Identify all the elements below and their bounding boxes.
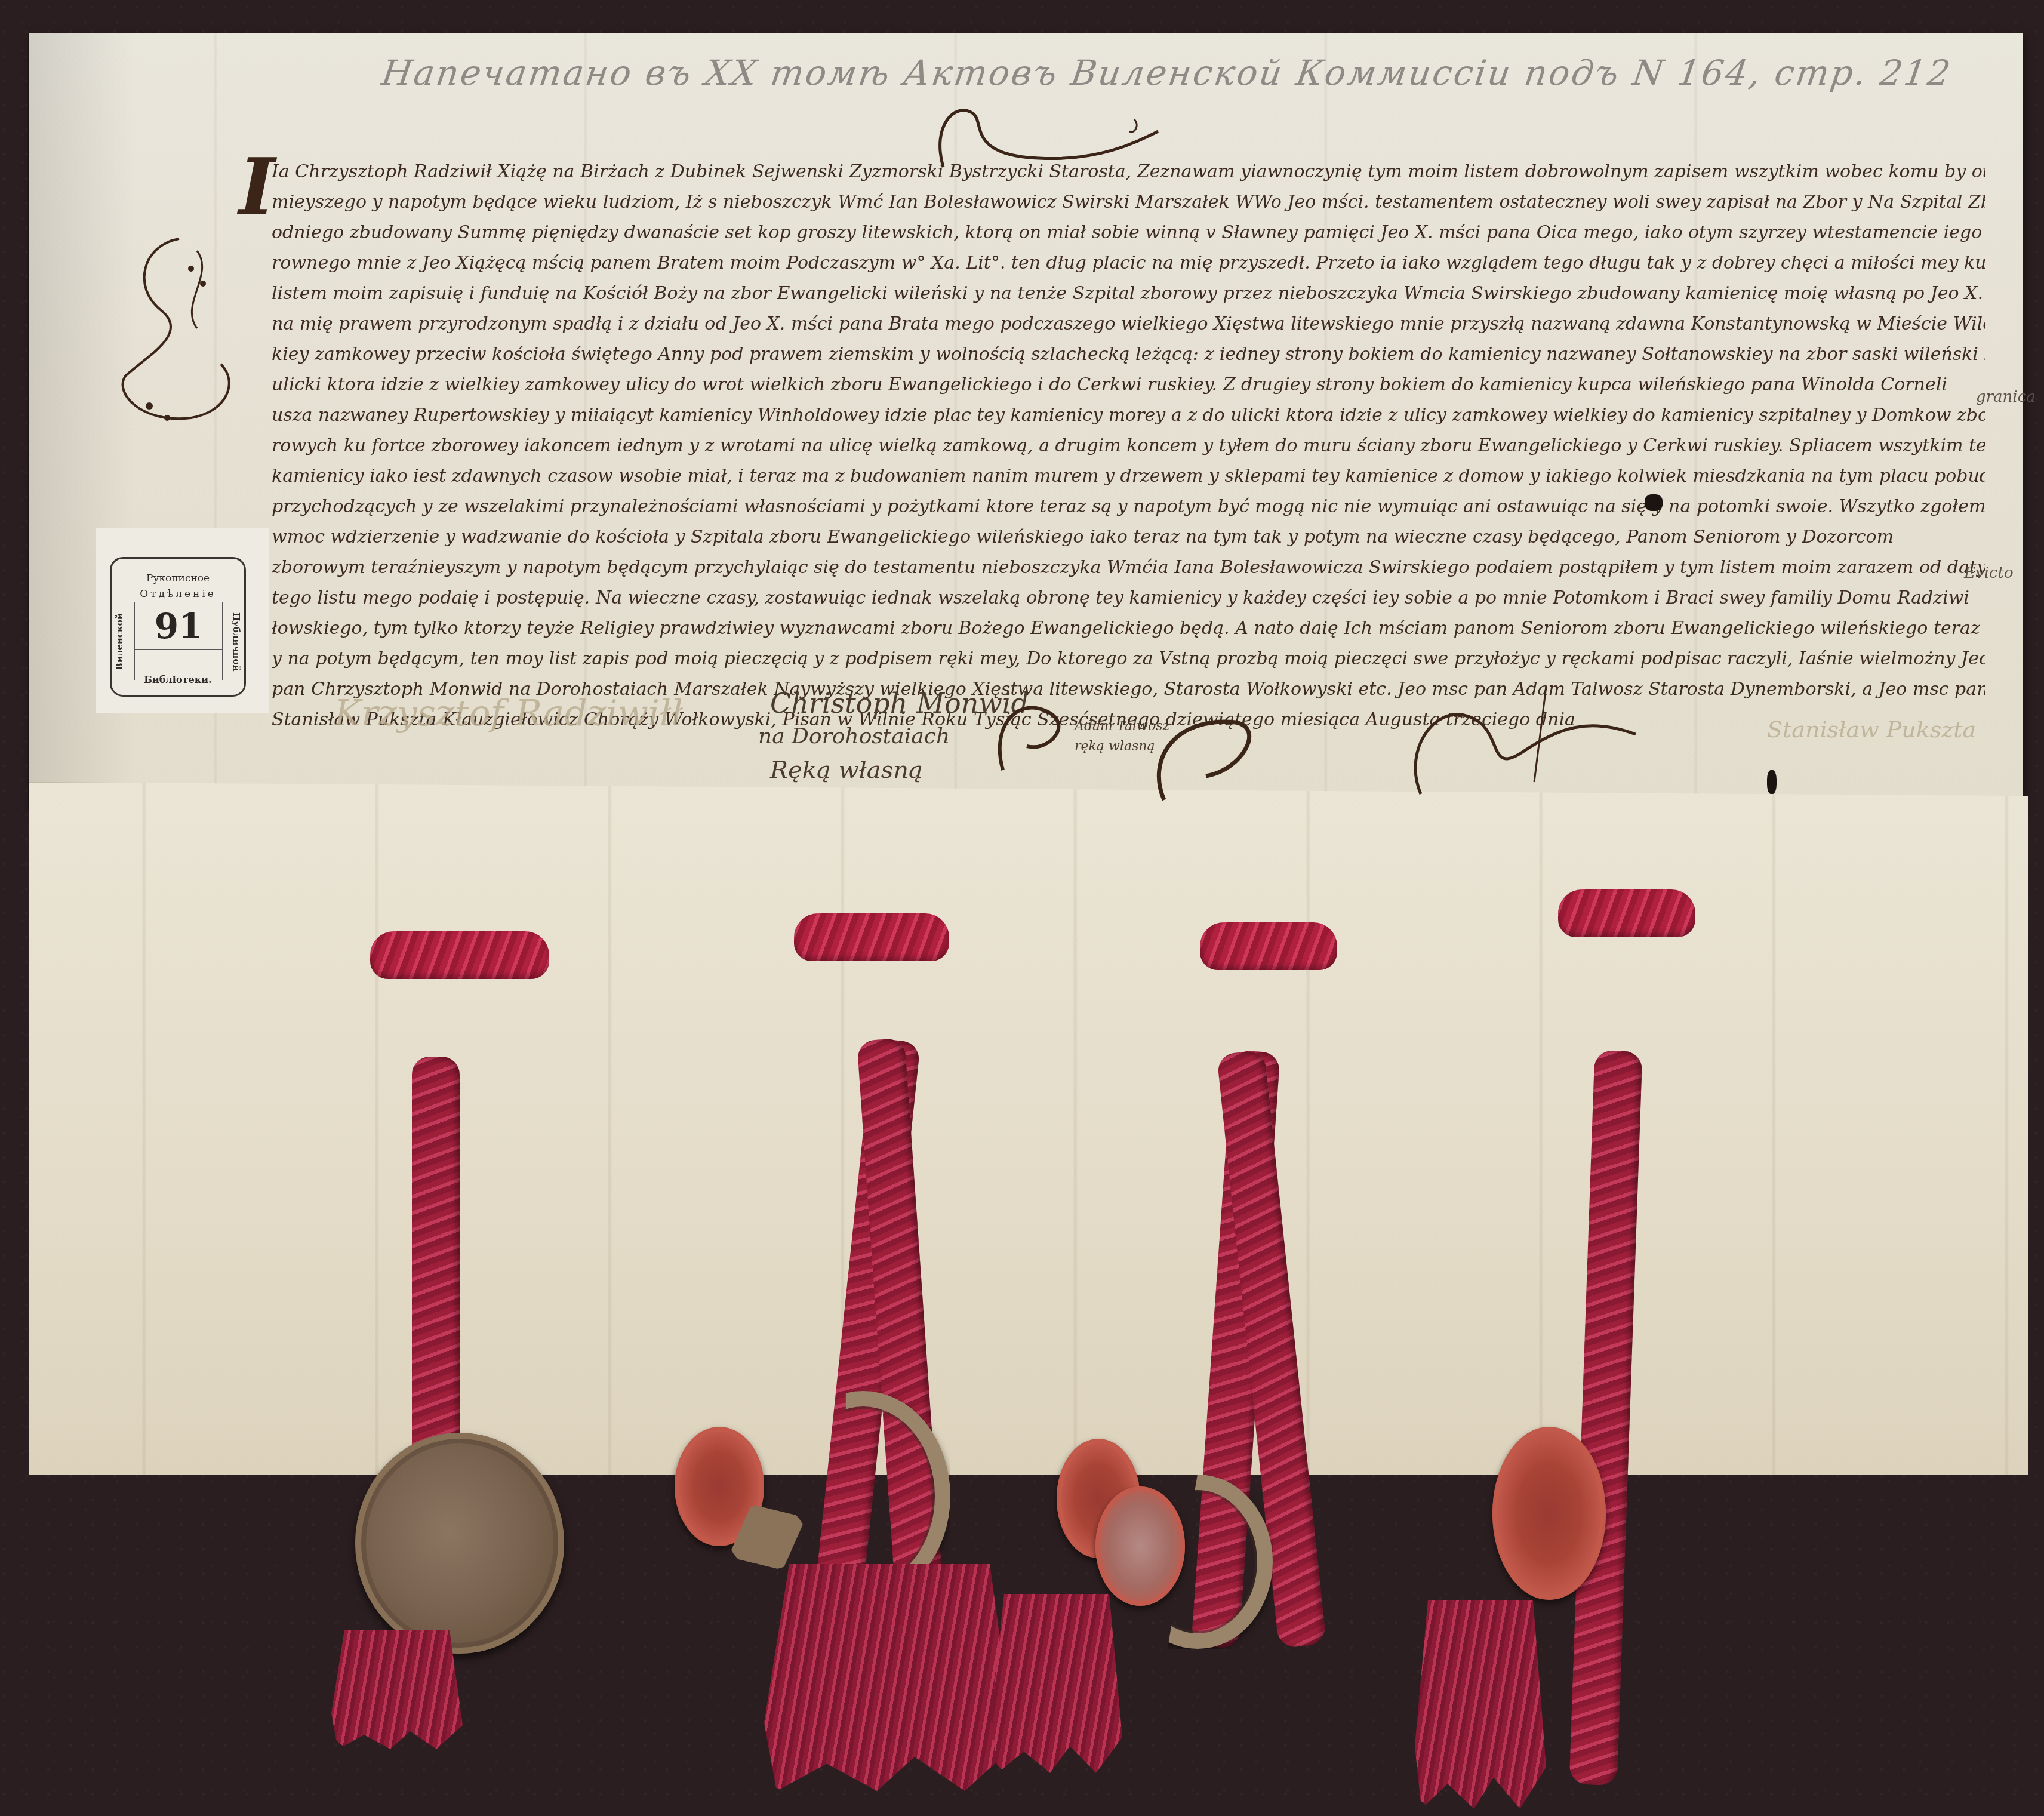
text-line: przychodzących y ze wszelakimi przynależ…: [272, 491, 1985, 522]
signature-monwid-title: na Dorohostaiach: [758, 720, 1029, 753]
signature-radziwill-faded: Krzysztof Radziwiłł: [334, 692, 683, 734]
text-line: Ia Chrzysztoph Radziwił Xiążę na Birżach…: [272, 156, 1985, 187]
manuscript-body: Ia Chrzysztoph Radziwił Xiążę na Birżach…: [272, 156, 1985, 735]
margin-note-evicto: Evicto: [1964, 564, 2014, 582]
text-line: tego listu mego podaię i postępuię. Na w…: [272, 583, 1985, 613]
flourish-signature-talwosz-icon: [1146, 704, 1277, 806]
archival-pencil-note: Напечатано въ XX томѣ Актовъ Виленской К…: [379, 53, 1997, 93]
stamp-heading-line2: Отдѣленіе: [112, 586, 244, 602]
cord-tassel-3: [991, 1594, 1122, 1773]
signature-monwid-note: Ręką własną: [770, 753, 1029, 787]
text-line: kiey zamkowey przeciw kościoła świętego …: [272, 339, 1985, 370]
stamp-frame: Рукописное Отдѣленіе 91 Виленской Публич…: [110, 557, 246, 697]
text-line: y na potym będącym, ten moy list zapis p…: [272, 644, 1985, 674]
margin-note-granica: granica: [1976, 388, 2036, 406]
flourish-left-margin-icon: [107, 227, 263, 442]
text-line: rownego mnie z Jeo Xiążęcą mścią panem B…: [272, 248, 1985, 278]
cord-tassel-1: [331, 1630, 463, 1749]
signature-monwid-name: Christoph Monwid: [770, 687, 1029, 720]
flourish-signature-monwid-icon: [991, 692, 1086, 776]
wax-seal-1: [355, 1433, 564, 1654]
seal-cord-loop-2: [794, 913, 949, 961]
text-line: łowskiego, tym tylko ktorzy teyże Religi…: [272, 613, 1985, 644]
stamp-number-box: 91: [134, 602, 223, 680]
library-stamp: Рукописное Отдѣленіе 91 Виленской Публич…: [96, 528, 269, 713]
text-line: mieyszego y napotym będące wieku ludziom…: [272, 187, 1985, 217]
stamp-side-left: Виленской: [114, 597, 130, 687]
seal-cord-loop-1: [370, 931, 549, 979]
parchment-plica: [29, 782, 2028, 1475]
wax-seal-4: [1492, 1427, 1606, 1600]
text-line: zborowym teraźnieyszym y napotym będącym…: [272, 552, 1985, 583]
text-line: odniego zbudowany Summę pięniędzy dwanaś…: [272, 217, 1985, 248]
ink-blot: [1645, 494, 1663, 511]
wax-seal-3-impression: [1095, 1486, 1185, 1606]
flourish-signature-pukszta-icon: [1397, 681, 1648, 800]
ink-blot: [1767, 770, 1777, 794]
text-line: ulicki ktora idzie z wielkiey zamkowey u…: [272, 370, 1985, 400]
stamp-heading-line1: Рукописное: [112, 571, 244, 586]
ornamental-initial: I: [239, 148, 275, 226]
stamp-heading: Рукописное Отдѣленіе: [112, 571, 244, 602]
text-line: wmoc wdzierzenie y wadzwanie do kościoła…: [272, 522, 1985, 552]
text-line: usza nazwaney Rupertowskiey y miiaiącyt …: [272, 400, 1985, 430]
text-line: rowych ku fortce zborowey iakoncem iedny…: [272, 430, 1985, 461]
seal-cord-loop-3: [1200, 922, 1337, 970]
stamp-number: 91: [135, 606, 222, 647]
stamp-footer: Библіотеки.: [112, 674, 244, 685]
signature-pukszta-faded: Stanisław Pukszta: [1767, 716, 1976, 743]
text-line: na mię prawem przyrodzonym spadłą i z dz…: [272, 309, 1985, 339]
seal-cord-loop-4: [1558, 889, 1695, 937]
text-line: kamienicy iako iest zdawnych czasow wsob…: [272, 461, 1985, 491]
cord-tassel-4: [1415, 1600, 1546, 1809]
stamp-side-right: Публичной: [226, 597, 242, 687]
cord-tassel-2-3: [764, 1564, 1015, 1791]
text-line: listem moim zapisuię i funduię na Kośció…: [272, 278, 1985, 309]
seal-cord-1: [412, 1057, 460, 1469]
signature-monwid: Christoph Monwid na Dorohostaiach Ręką w…: [770, 687, 1029, 787]
